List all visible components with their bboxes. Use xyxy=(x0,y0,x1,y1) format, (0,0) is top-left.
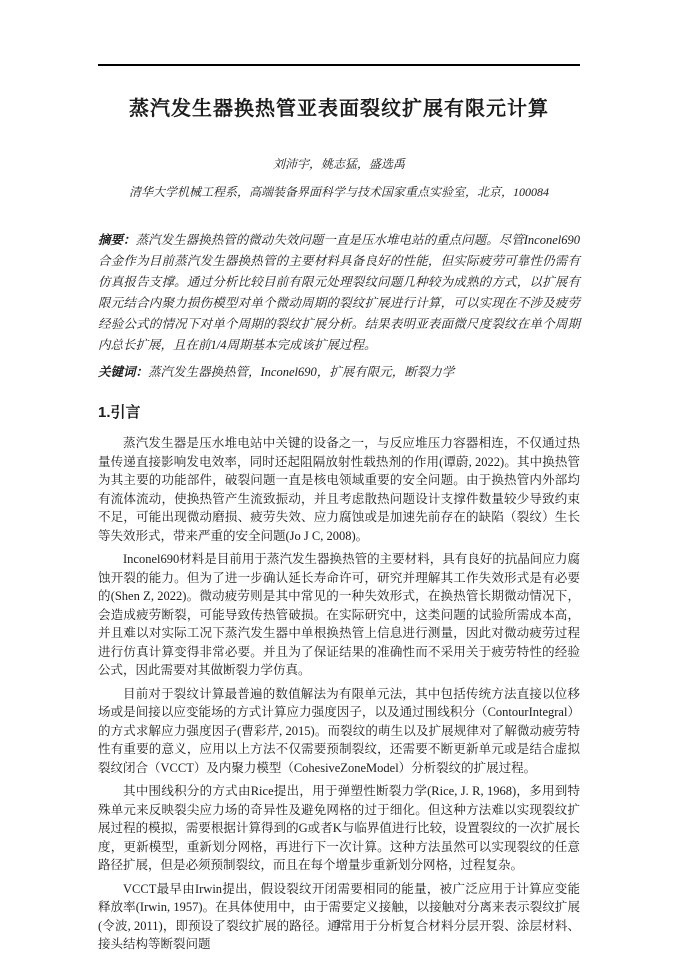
section-heading-introduction: 1.引言 xyxy=(98,401,580,422)
abstract-paragraph: 摘要：蒸汽发生器换热管的微动失效问题一直是压水堆电站的重点问题。尽管Incone… xyxy=(98,230,580,356)
keywords-label: 关键词： xyxy=(98,365,148,379)
abstract-label: 摘要： xyxy=(98,233,136,247)
intro-paragraph-4: 其中围线积分的方式由Rice提出，用于弹塑性断裂力学(Rice, J. R, 1… xyxy=(98,782,580,875)
intro-paragraph-2: Inconel690材料是目前用于蒸汽发生器换热管的主要材料，具有良好的抗晶间应… xyxy=(98,550,580,680)
keywords-text: 蒸汽发生器换热管，Inconel690，扩展有限元，断裂力学 xyxy=(148,365,454,379)
paper-title: 蒸汽发生器换热管亚表面裂纹扩展有限元计算 xyxy=(98,92,580,121)
affiliation-line: 清华大学机械工程系，高端装备界面科学与技术国家重点实验室，北京，100084 xyxy=(98,183,580,200)
page-number: 1 xyxy=(0,916,678,932)
paper-page: 蒸汽发生器换热管亚表面裂纹扩展有限元计算 刘沛宇，姚志猛，盛选禹 清华大学机械工… xyxy=(98,0,580,954)
header-rule xyxy=(98,64,580,66)
intro-paragraph-3: 目前对于裂纹计算最普遍的数值解法为有限单元法，其中包括传统方法直接以位移场或是间… xyxy=(98,685,580,778)
abstract-text: 蒸汽发生器换热管的微动失效问题一直是压水堆电站的重点问题。尽管Inconel69… xyxy=(98,233,580,352)
author-line: 刘沛宇，姚志猛，盛选禹 xyxy=(98,155,580,172)
intro-paragraph-1: 蒸汽发生器是压水堆电站中关键的设备之一，与反应堆压力容器相连，不仅通过热量传递直… xyxy=(98,434,580,545)
keywords-line: 关键词：蒸汽发生器换热管，Inconel690，扩展有限元，断裂力学 xyxy=(98,362,580,383)
